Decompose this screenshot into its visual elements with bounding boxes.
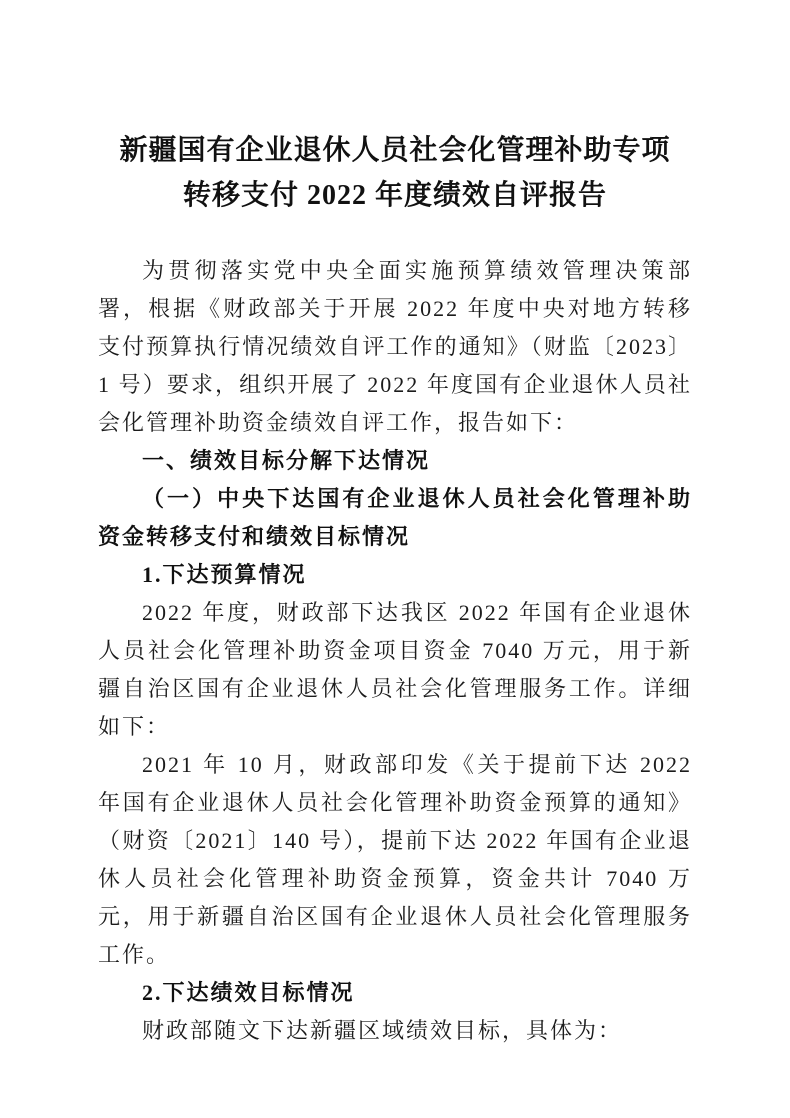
item-heading-performance-target: 2.下达绩效目标情况 bbox=[98, 974, 692, 1012]
target-paragraph: 财政部随文下达新疆区域绩效目标，具体为： bbox=[98, 1012, 692, 1050]
budget-paragraph-1: 2022 年度，财政部下达我区 2022 年国有企业退休人员社会化管理补助资金项… bbox=[98, 594, 692, 746]
section-heading-performance-target-allocation: 一、绩效目标分解下达情况 bbox=[98, 442, 692, 480]
document-title-line-2: 转移支付 2022 年度绩效自评报告 bbox=[183, 180, 607, 211]
document-title-line-1: 新疆国有企业退休人员社会化管理补助专项 bbox=[119, 135, 670, 166]
intro-paragraph: 为贯彻落实党中央全面实施预算绩效管理决策部署，根据《财政部关于开展 2022 年… bbox=[98, 252, 692, 442]
document-title: 新疆国有企业退休人员社会化管理补助专项 转移支付 2022 年度绩效自评报告 bbox=[68, 128, 722, 218]
item-heading-budget-allocation: 1.下达预算情况 bbox=[98, 556, 692, 594]
document-body: 为贯彻落实党中央全面实施预算绩效管理决策部署，根据《财政部关于开展 2022 年… bbox=[98, 252, 692, 1050]
budget-paragraph-2: 2021 年 10 月，财政部印发《关于提前下达 2022 年国有企业退休人员社… bbox=[98, 746, 692, 974]
subsection-heading-central-allocation: （一）中央下达国有企业退休人员社会化管理补助资金转移支付和绩效目标情况 bbox=[98, 480, 692, 556]
document-page: 新疆国有企业退休人员社会化管理补助专项 转移支付 2022 年度绩效自评报告 为… bbox=[0, 0, 790, 1118]
